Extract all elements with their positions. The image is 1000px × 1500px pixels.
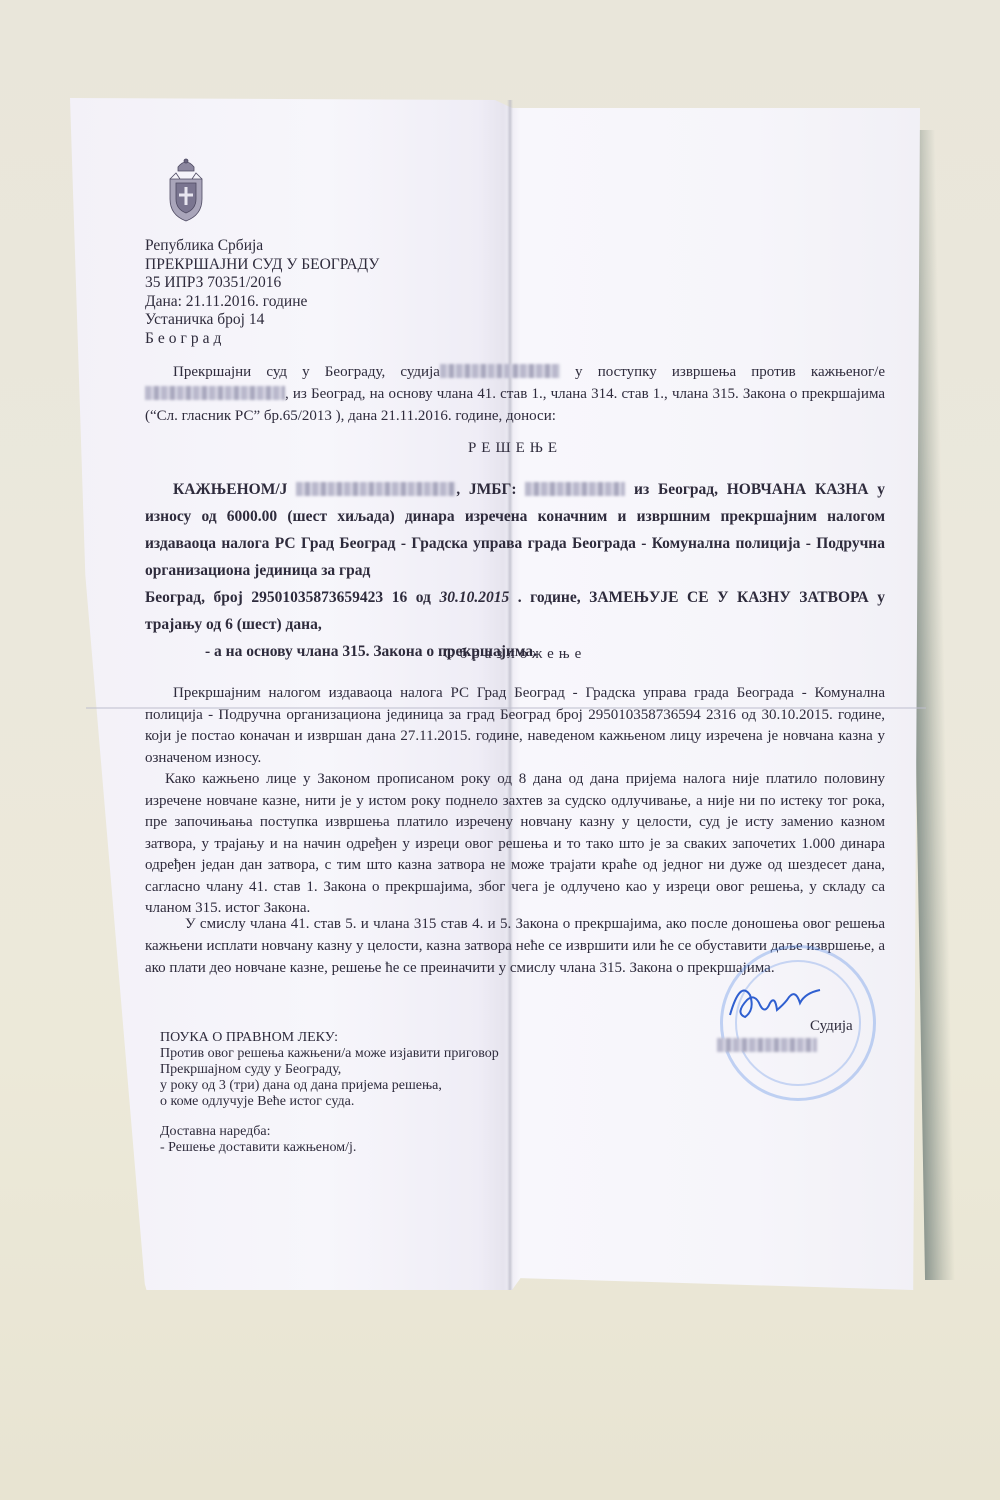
legal-remedy-section: ПОУКА О ПРАВНОМ ЛЕКУ: Против овог решења… bbox=[160, 1030, 499, 1156]
redacted-person-name bbox=[145, 386, 285, 400]
decision-text-1: КАЖЊЕНОМ/Ј bbox=[173, 481, 296, 498]
header-court: ПРЕКРШАЈНИ СУД У БЕОГРАДУ bbox=[145, 256, 379, 275]
redacted-judge-name bbox=[440, 364, 560, 378]
decision-text-4: Београд, број 29501035873659423 16 од bbox=[145, 589, 439, 606]
reasoning-paragraph-1: Прекршајним налогом издаваоца налога РС … bbox=[145, 683, 885, 769]
legal-remedy-line-1: Против овог решења кажњени/а може изјави… bbox=[160, 1046, 499, 1062]
reasoning-paragraph-2: Како кажњено лице у Законом прописаном р… bbox=[145, 769, 885, 920]
legal-remedy-line-4: о коме одлучује Веће истог суда. bbox=[160, 1094, 499, 1110]
header-city: Београд bbox=[145, 330, 379, 349]
intro-paragraph: Прекршајни суд у Београду, судија у пост… bbox=[145, 361, 885, 427]
decision-text-2: , ЈМБГ: bbox=[456, 481, 525, 498]
intro-text-1: Прекршајни суд у Београду, судија bbox=[173, 364, 440, 380]
intro-text-2: у поступку извршења против кажњеног/е bbox=[560, 364, 885, 380]
header-address: Устаничка број 14 bbox=[145, 311, 379, 330]
delivery-title: Доставна наредба: bbox=[160, 1124, 499, 1140]
legal-remedy-title: ПОУКА О ПРАВНОМ ЛЕКУ: bbox=[160, 1030, 499, 1046]
signature-label: Судија bbox=[810, 1018, 853, 1035]
decision-paragraph: КАЖЊЕНОМ/Ј , ЈМБГ: из Београд, НОВЧАНА К… bbox=[145, 476, 885, 665]
legal-remedy-line-3: у року од 3 (три) дана од дана пријема р… bbox=[160, 1078, 499, 1094]
reasoning-title: Образложење bbox=[145, 646, 885, 663]
header-case-number: 35 ИПРЗ 70351/2016 bbox=[145, 274, 379, 293]
redacted-judge-signature-name bbox=[717, 1038, 817, 1052]
court-header: Република Србија ПРЕКРШАЈНИ СУД У БЕОГРА… bbox=[145, 237, 379, 348]
header-country: Република Србија bbox=[145, 237, 379, 256]
serbian-coat-of-arms-icon bbox=[166, 157, 206, 223]
decision-date: 30.10.2015 bbox=[439, 589, 509, 606]
delivery-line-1: - Решење доставити кажњеном/ј. bbox=[160, 1140, 499, 1156]
redacted-fined-person bbox=[296, 482, 456, 496]
header-date: Дана: 21.11.2016. године bbox=[145, 293, 379, 312]
redacted-jmbg bbox=[525, 482, 625, 496]
legal-remedy-line-2: Прекршајном суду у Београду, bbox=[160, 1062, 499, 1078]
decision-title: РЕШЕЊЕ bbox=[145, 440, 885, 457]
